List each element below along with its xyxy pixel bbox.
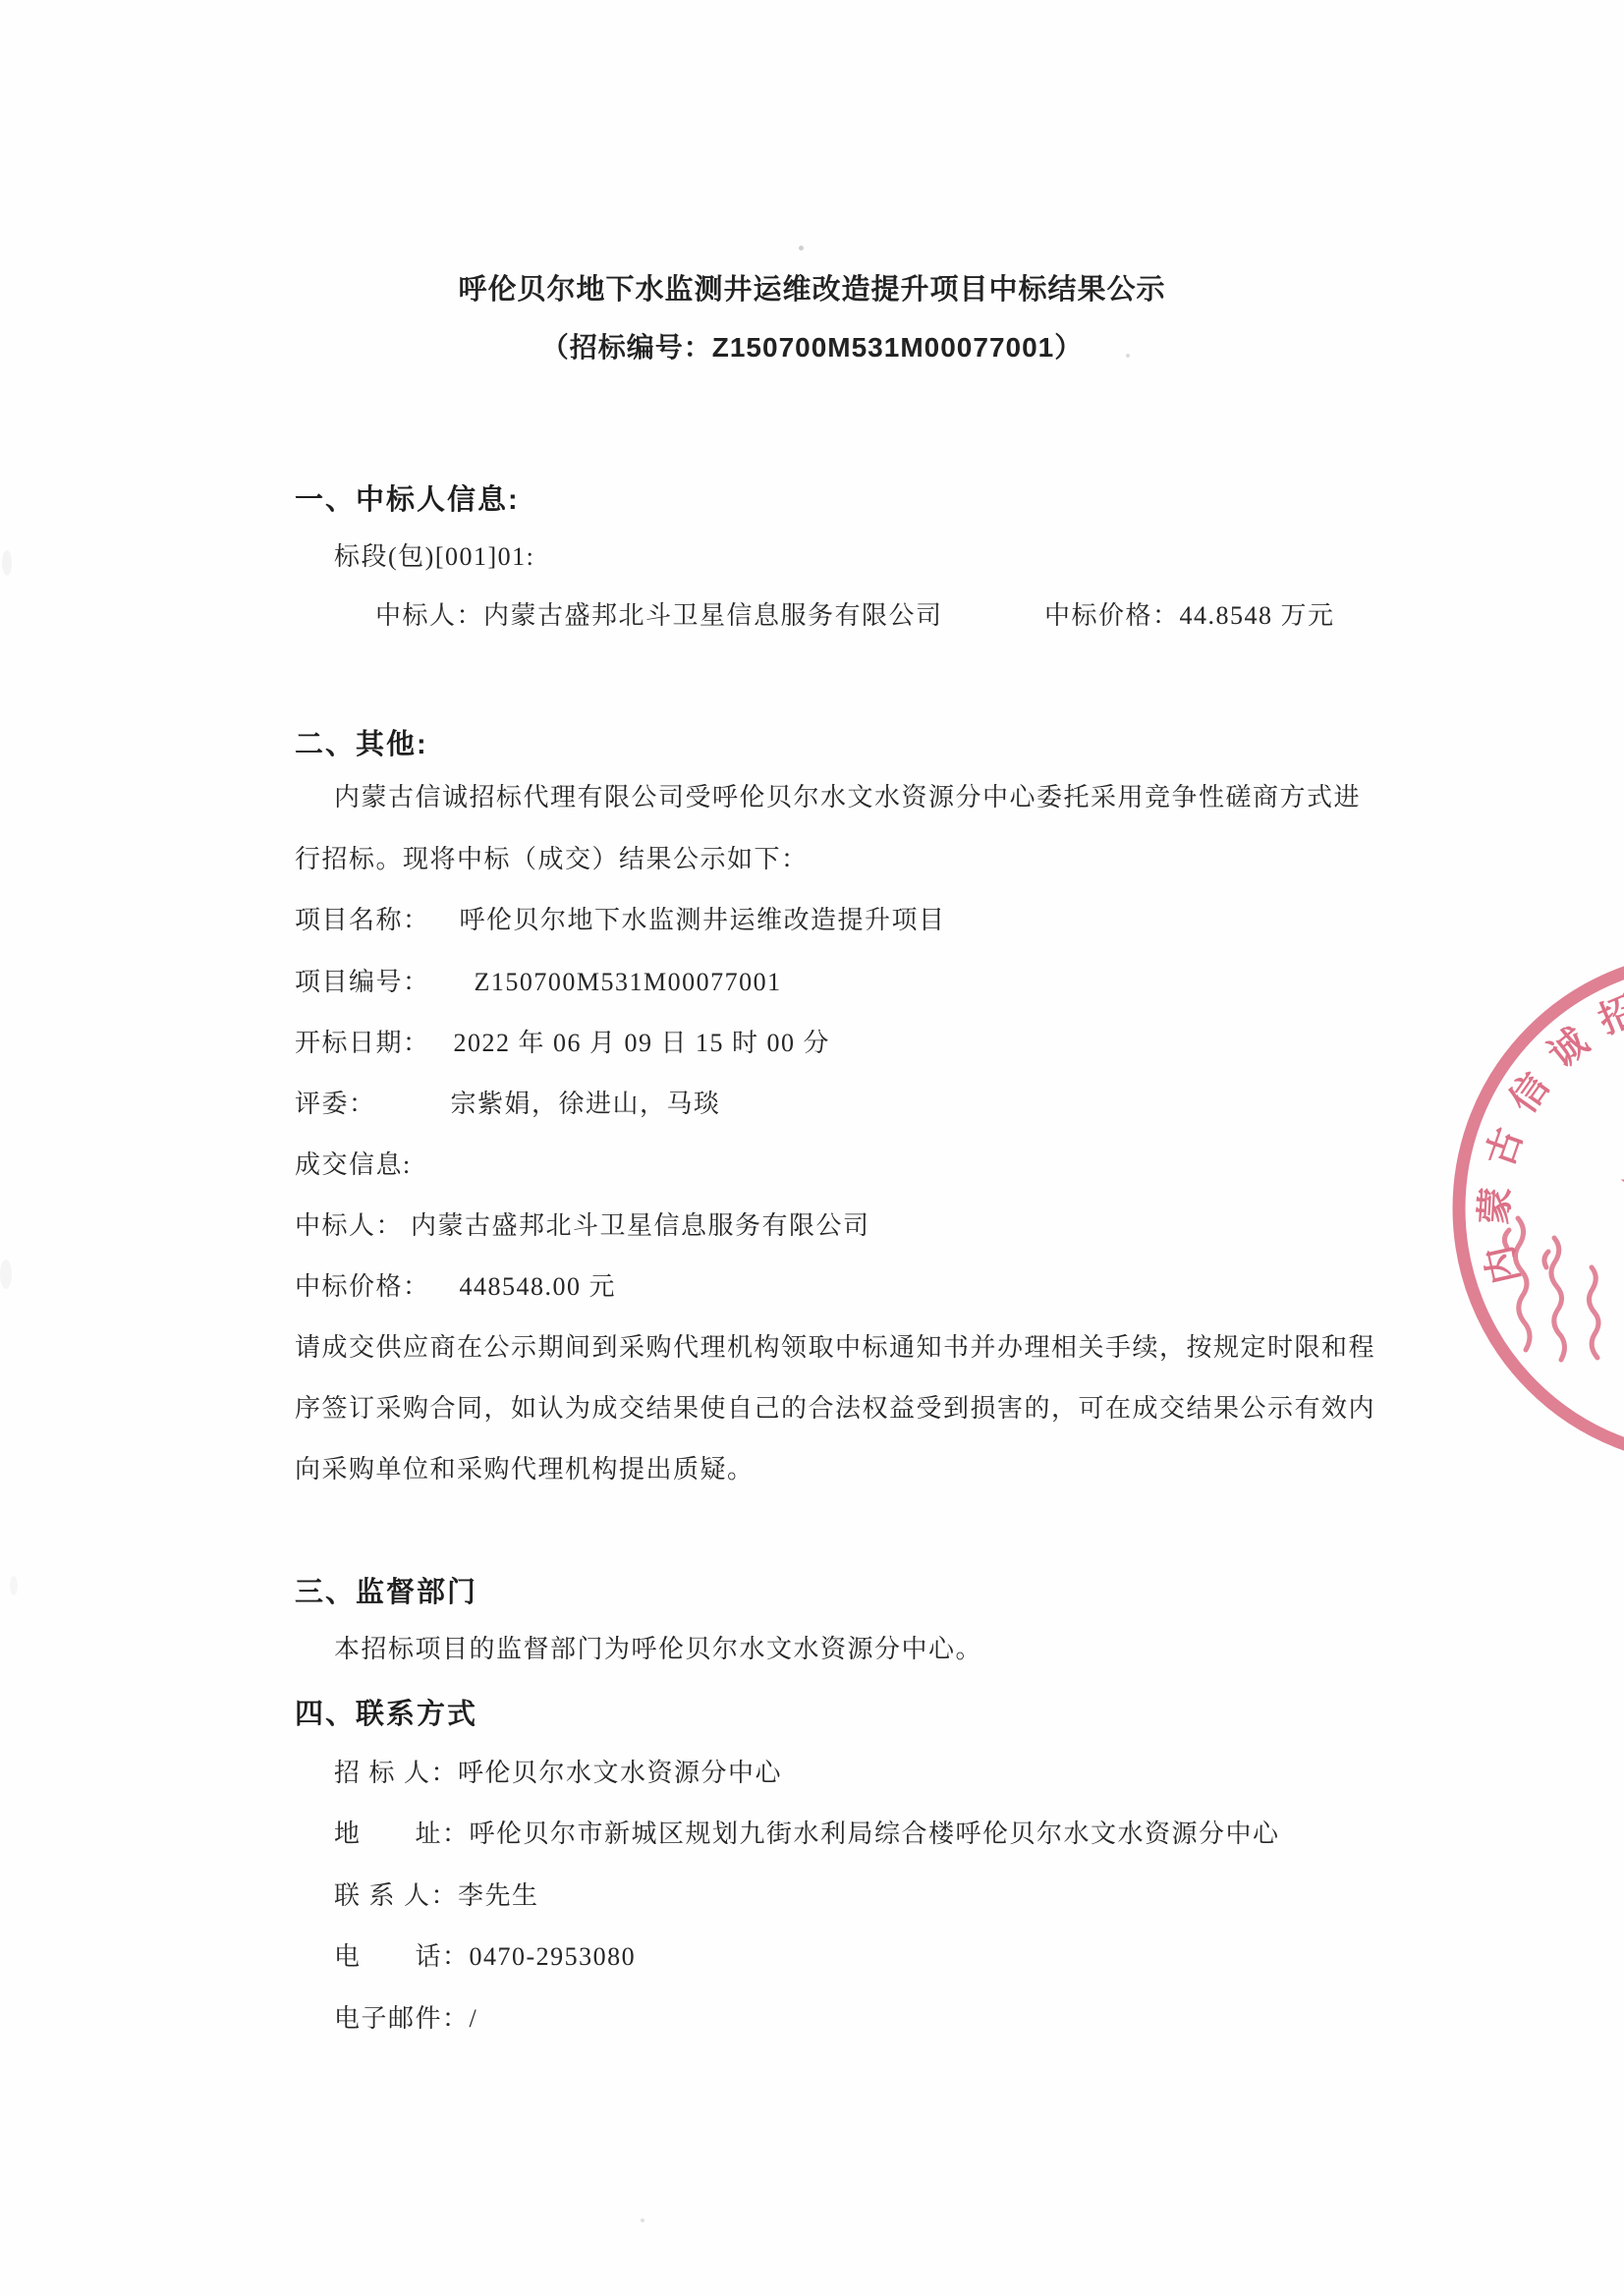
field-label: 评委： xyxy=(295,1088,376,1121)
section-1-heading: 一、中标人信息: xyxy=(295,477,520,518)
scan-artifact xyxy=(10,1576,18,1596)
field-value: 2022 年 06 月 09 日 15 时 00 分 xyxy=(430,1027,831,1060)
price-value: 44.8548 万元 xyxy=(1180,599,1335,633)
paragraph-2-line-3: 向采购单位和采购代理机构提出质疑。 xyxy=(295,1453,755,1486)
field-label: 中标人： xyxy=(295,1209,403,1243)
field-price: 中标价格：448548.00 元 xyxy=(295,1270,616,1304)
contact-label: 招 标 人： xyxy=(334,1757,458,1790)
supervision-body-line: 本招标项目的监督部门为呼伦贝尔水文水资源分中心。 xyxy=(334,1633,982,1666)
field-label: 项目名称： xyxy=(295,904,430,937)
field-deal-info: 成交信息: xyxy=(295,1148,412,1182)
paragraph-2-line-1: 请成交供应商在公示期间到采购代理机构领取中标通知书并办理相关手续，按规定时限和程 xyxy=(295,1331,1375,1365)
scan-artifact xyxy=(799,246,804,251)
contact-phone: 电 话：0470-2953080 xyxy=(334,1940,636,1974)
section-2-heading: 二、其他: xyxy=(295,722,428,762)
paragraph-2-line-2: 序签订采购合同，如认为成交结果使自己的合法权益受到损害的，可在成交结果公示有效内 xyxy=(295,1392,1375,1426)
company-seal-stamp: 内蒙古信诚招标代理有限公司 xyxy=(1366,865,1624,1552)
seal-ring xyxy=(1459,958,1624,1459)
seal-star xyxy=(1621,1115,1624,1284)
scan-artifact xyxy=(0,1260,12,1289)
field-label: 开标日期： xyxy=(295,1027,430,1060)
contact-email: 电子邮件：/ xyxy=(334,2002,477,2036)
field-value: 呼伦贝尔地下水监测井运维改造提升项目 xyxy=(430,904,946,937)
field-winner: 中标人：内蒙古盛邦北斗卫星信息服务有限公司 xyxy=(295,1209,870,1243)
price-line: 中标价格：44.8548 万元 xyxy=(1044,599,1335,633)
contact-label: 电子邮件： xyxy=(334,2002,470,2036)
contact-value: 呼伦贝尔市新城区规划九街水利局综合楼呼伦贝尔水文水资源分中心 xyxy=(470,1818,1280,1851)
contact-tenderer: 招 标 人：呼伦贝尔水文水资源分中心 xyxy=(334,1757,782,1790)
contact-value: / xyxy=(470,2002,478,2036)
field-project-name: 项目名称：呼伦贝尔地下水监测井运维改造提升项目 xyxy=(295,904,946,937)
contact-label: 地 址： xyxy=(334,1818,470,1851)
field-value: 448548.00 元 xyxy=(430,1270,617,1304)
seal-org-text: 内蒙古信诚招标代理有限公司 xyxy=(1475,974,1624,1287)
section-4-heading: 四、联系方式 xyxy=(295,1692,477,1732)
seal-mongolian-script xyxy=(1504,1218,1598,1360)
field-value: Z150700M531M00077001 xyxy=(430,966,782,999)
contact-label: 联 系 人： xyxy=(334,1879,458,1913)
lot-line: 标段(包)[001]01: xyxy=(334,540,534,574)
section-3-heading: 三、监督部门 xyxy=(295,1570,477,1610)
contact-value: 0470-2953080 xyxy=(470,1940,637,1974)
contact-person: 联 系 人：李先生 xyxy=(334,1879,539,1913)
paragraph-1-line-1: 内蒙古信诚招标代理有限公司受呼伦贝尔水文水资源分中心委托采用竞争性磋商方式进 xyxy=(334,781,1361,814)
scan-artifact xyxy=(1126,354,1130,358)
field-label: 中标价格： xyxy=(295,1270,430,1304)
field-label: 项目编号： xyxy=(295,966,430,999)
contact-label: 电 话： xyxy=(334,1940,470,1974)
contact-value: 呼伦贝尔水文水资源分中心 xyxy=(458,1757,782,1790)
price-label: 中标价格： xyxy=(1044,599,1180,633)
winner-line: 中标人：内蒙古盛邦北斗卫星信息服务有限公司 xyxy=(375,599,943,633)
field-evaluators: 评委：宗紫娟，徐进山，马琰 xyxy=(295,1088,721,1121)
field-project-number: 项目编号：Z150700M531M00077001 xyxy=(295,966,782,999)
winner-name: 内蒙古盛邦北斗卫星信息服务有限公司 xyxy=(483,599,943,633)
contact-value: 李先生 xyxy=(458,1879,539,1913)
contact-address: 地 址：呼伦贝尔市新城区规划九街水利局综合楼呼伦贝尔水文水资源分中心 xyxy=(334,1818,1280,1851)
field-value: 内蒙古盛邦北斗卫星信息服务有限公司 xyxy=(403,1209,870,1243)
field-open-date: 开标日期：2022 年 06 月 09 日 15 时 00 分 xyxy=(295,1027,830,1060)
scan-artifact xyxy=(2,550,12,576)
paragraph-1-line-2: 行招标。现将中标（成交）结果公示如下： xyxy=(295,843,809,876)
document-page: 呼伦贝尔地下水监测井运维改造提升项目中标结果公示 （招标编号：Z150700M5… xyxy=(0,0,1624,2296)
field-value: 宗紫娟，徐进山，马琰 xyxy=(376,1088,721,1121)
winner-label: 中标人： xyxy=(375,599,483,633)
tender-number-line: （招标编号：Z150700M531M00077001） xyxy=(0,326,1624,365)
page-title: 呼伦贝尔地下水监测井运维改造提升项目中标结果公示 xyxy=(0,267,1624,308)
field-label: 成交信息: xyxy=(295,1148,412,1182)
scan-artifact xyxy=(641,2218,644,2222)
